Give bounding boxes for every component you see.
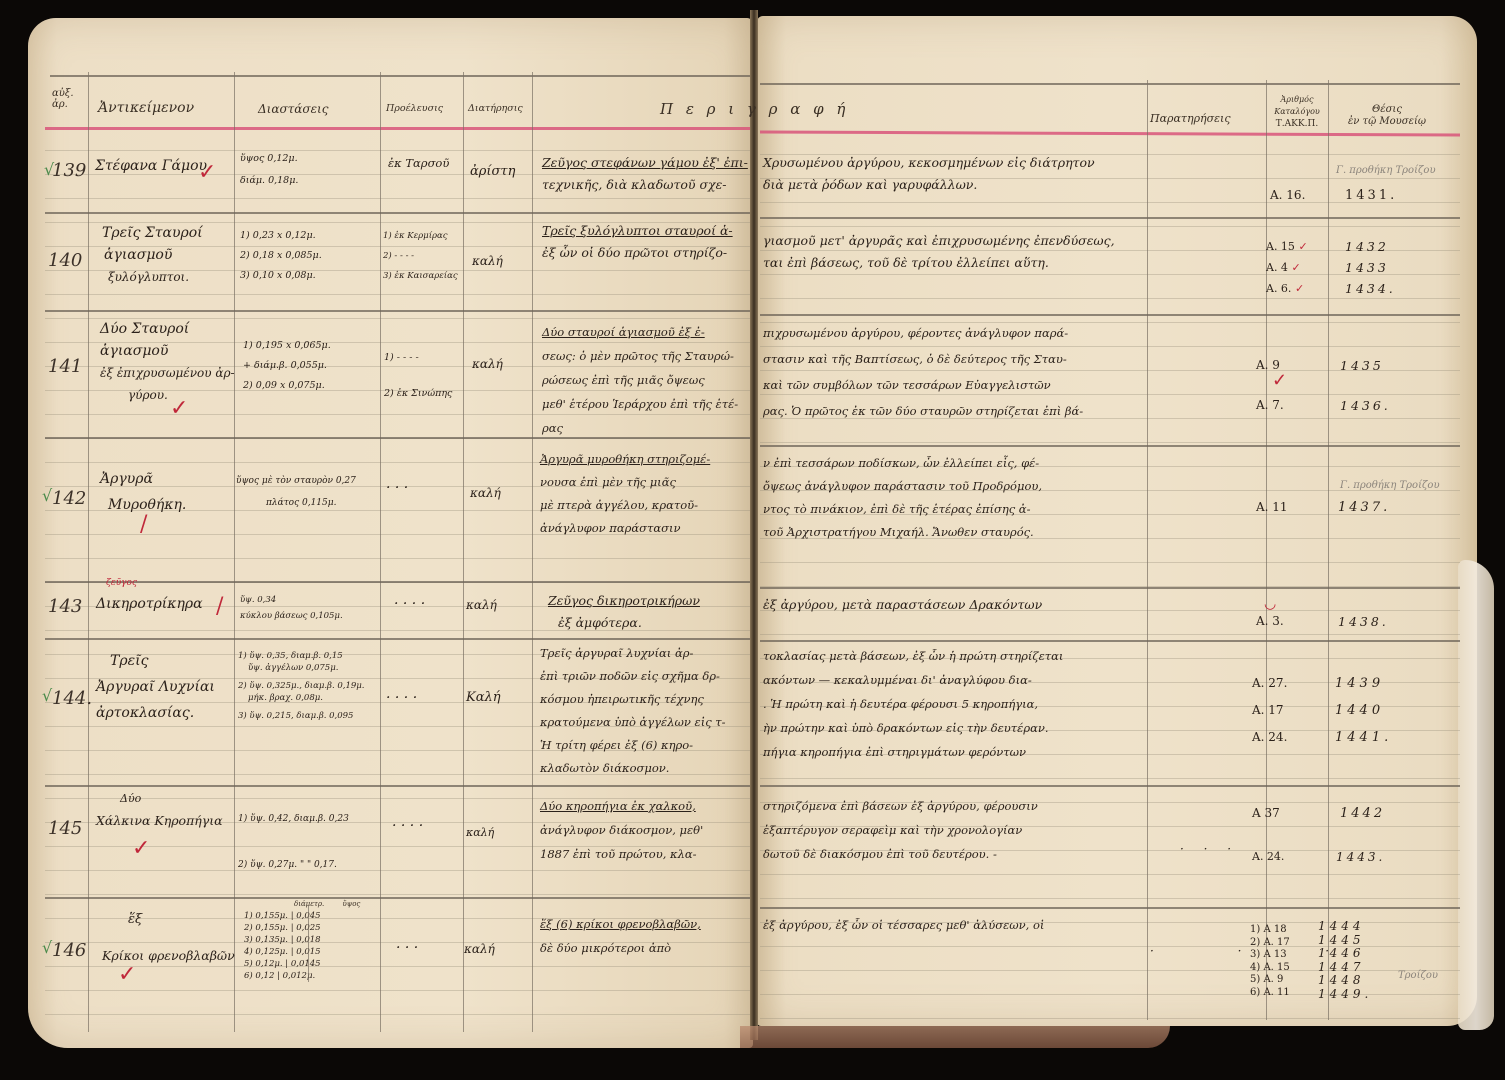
- row-divider: [45, 897, 750, 899]
- description-left: Ζεῦγος δικηροτρικήρων ἐξ ἀμφότερα.: [548, 590, 700, 634]
- provenance: ἐκ Ταρσοῦ: [388, 156, 449, 170]
- catalogue-number: Α. 16.: [1270, 188, 1305, 202]
- row-divider: [760, 785, 1460, 787]
- row-divider: [760, 445, 1460, 447]
- header-remarks: Παρατηρήσεις: [1150, 112, 1231, 125]
- catalogue-number: Α. 24.: [1252, 850, 1284, 863]
- museum-position: 1437.: [1338, 500, 1390, 515]
- row-divider: [760, 217, 1460, 219]
- row-divider: [760, 640, 1460, 642]
- col-divider: [88, 72, 89, 1032]
- pencil-note: Γ. προθήκη Τροίζου: [1336, 165, 1436, 176]
- book-spine: [750, 10, 758, 1040]
- row-divider: [45, 310, 750, 312]
- pencil-note: Γ. προθήκη Τροίζου: [1340, 480, 1440, 491]
- museum-positions: 1444 1445 1446 1447 1448 1449.: [1318, 920, 1372, 1001]
- col-divider: [1266, 80, 1267, 1020]
- description-left: Δύο κηροπήγια ἐκ χαλκοῦ, ἀνάγλυφον διάκο…: [540, 794, 703, 866]
- dimensions: ὕψος 0,12μ. διάμ. 0,18μ.: [240, 152, 298, 188]
- museum-positions: 1439 1440 1441.: [1335, 670, 1392, 751]
- row-divider: [45, 638, 750, 640]
- header-description: Π ε ρ ι γ ρ α φ ή: [660, 100, 849, 118]
- object-name: Στέφανα Γάμου: [95, 158, 207, 174]
- catalogue-number: Α. 11: [1256, 500, 1288, 514]
- col-divider: [234, 72, 235, 1032]
- object-name: Τρεῖς Σταυροί ἁγιασμοῦ ξυλόγλυπτοι.: [102, 222, 203, 288]
- provenance: · · ·: [386, 480, 408, 496]
- object-name: Δύο Σταυροί ἁγιασμοῦ ἐξ ἐπιχρυσωμένου ἀρ…: [100, 318, 235, 406]
- catalogue-numbers: Α. 27. Α. 17 Α. 24.: [1252, 670, 1287, 751]
- pencil-note: Τροίζου: [1398, 970, 1438, 981]
- object-name: Δύο Χάλκινα Κηροπήγια: [96, 788, 223, 832]
- condition: καλή: [472, 357, 503, 371]
- header-museum-position: Θέσις ἐν τῷ Μουσείῳ: [1332, 104, 1442, 128]
- description-right: πιχρυσωμένου ἀργύρου, φέροντες ἀνάγλυφον…: [763, 320, 1083, 424]
- entry-number: 146: [52, 940, 86, 961]
- dimensions: 1) ὕψ. 0,42, διαμ.β. 0,23 2) ὕψ. 0,27μ. …: [238, 796, 349, 888]
- entry-number: 145: [48, 818, 82, 839]
- page-edge-tear: [740, 1026, 1170, 1048]
- col-divider: [1147, 80, 1148, 1020]
- row-divider: [45, 212, 750, 214]
- museum-position: 1442: [1340, 806, 1385, 821]
- header-red-rule: [45, 127, 750, 130]
- condition: καλή: [466, 598, 497, 612]
- description-left: Τρεῖς ἀργυραῖ λυχνίαι ἀρ- ἐπὶ τριῶν ποδῶ…: [540, 642, 726, 780]
- catalogue-number: Α 37: [1252, 806, 1280, 820]
- dimensions: ὕψ. 0,34 κύκλου βάσεως 0,105μ.: [240, 592, 343, 624]
- object-note: ζεῦγος: [106, 578, 137, 588]
- provenance: · · · ·: [386, 690, 417, 706]
- header-provenance: Προέλευσις: [386, 103, 443, 114]
- condition: καλή: [470, 486, 501, 500]
- description-right: ἐξ ἀργύρου, ἐξ ὧν οἱ τέσσαρες μεθ' ἀλύσε…: [763, 914, 1044, 936]
- description-right: Χρυσωμένου ἀργύρου, κεκοσμημένων εἰς διά…: [763, 152, 1095, 196]
- description-right: ἐξ ἀργύρου, μετὰ παραστάσεων Δρακόντων: [763, 594, 1042, 616]
- provenance: · · · ·: [392, 818, 423, 834]
- row-divider: [760, 587, 1460, 589]
- catalogue-number: Α. 7.: [1256, 398, 1284, 412]
- top-rule: [50, 75, 750, 77]
- entry-number: 139: [52, 160, 86, 181]
- museum-position: 1435: [1340, 358, 1384, 373]
- museum-position: 1436.: [1340, 398, 1391, 413]
- description-right: ν ἐπὶ τεσσάρων ποδίσκων, ὧν ἐλλείπει εἷς…: [763, 452, 1042, 544]
- object-name: Τρεῖς Ἀργυραῖ Λυχνίαι ἀρτοκλασίας.: [96, 648, 215, 726]
- dimensions-subheader: διάμετρ. ὕψος: [294, 900, 360, 908]
- museum-position: 1443.: [1336, 850, 1385, 864]
- object-name: Δικηροτρίκηρα: [96, 596, 203, 612]
- header-condition: Διατήρησις: [468, 103, 523, 114]
- entry-number: 143: [48, 596, 82, 617]
- description-left: ἕξ (6) κρίκοι φρενοβλαβῶν, δὲ δύο μικρότ…: [540, 912, 701, 960]
- description-left: Τρεῖς ξυλόγλυπτοι σταυροί ἁ- ἐξ ὧν οἱ δύ…: [542, 220, 733, 264]
- row-divider: [45, 785, 750, 787]
- object-name: Ἀργυρᾶ Μυροθήκη.: [100, 466, 186, 518]
- remarks: · · ·: [1180, 842, 1239, 856]
- header-catalogue-no: Ἀριθμός Καταλόγου Τ.ΑΚΚ.Π.: [1268, 94, 1326, 130]
- description-left: Δύο σταυροί ἁγιασμοῦ ἐξ ἐ- σεως: ὁ μὲν π…: [542, 320, 738, 440]
- header-serial-no: αὐξ. ἀρ.: [52, 88, 82, 110]
- dimensions: ὕψος μὲ τὸν σταυρὸν 0,27 πλάτος 0,115μ.: [236, 470, 356, 514]
- col-divider: [380, 72, 381, 1032]
- entry-number: 144.: [52, 688, 92, 709]
- header-object: Ἀντικείμενον: [98, 100, 194, 116]
- description-left: Ζεῦγος στεφάνων γάμου ἐξ' ἐπι- τεχνικῆς,…: [542, 152, 748, 196]
- entry-number: 140: [48, 250, 82, 271]
- provenance: · · · ·: [394, 596, 425, 612]
- entry-number: 141: [48, 356, 82, 377]
- row-divider: [760, 907, 1460, 909]
- dimensions: 1) 0,155μ. | 0,045 2) 0,155μ. | 0,025 3)…: [244, 910, 321, 982]
- torn-page-edge: [1458, 560, 1494, 1030]
- row-divider: [760, 314, 1460, 316]
- condition: καλή: [472, 254, 503, 268]
- provenance: 1) ἐκ Κερμίρας 2) - - - - 3) ἐκ Καισαρεί…: [383, 226, 458, 286]
- condition: καλή: [466, 826, 494, 839]
- description-right: τοκλασίας μετὰ βάσεων, ἐξ ὧν ἡ πρώτη στη…: [763, 644, 1063, 764]
- entry-number: 142: [52, 488, 86, 509]
- description-right: στηριζόμενα ἐπὶ βάσεων ἐξ ἀργύρου, φέρου…: [763, 794, 1038, 866]
- dimensions: 1) 0,23 x 0,12μ. 2) 0,18 x 0,085μ. 3) 0,…: [240, 226, 322, 286]
- description-right: γιασμοῦ μετ' ἀργυρᾶς καὶ ἐπιχρυσωμένης ἐ…: [763, 230, 1115, 274]
- catalogue-numbers: Α. 15 ✓ Α. 4 ✓ Α. 6. ✓: [1266, 236, 1308, 299]
- col-divider: [532, 72, 533, 1032]
- description-left: Ἀργυρᾶ μυροθήκη στηριζομέ- νουσα ἐπὶ μὲν…: [540, 448, 710, 540]
- dimensions: 1) 0,195 x 0,065μ. + διάμ.β. 0,055μ. 2) …: [243, 336, 331, 396]
- top-rule: [760, 83, 1460, 85]
- catalogue-number: Α. 3.: [1256, 614, 1284, 628]
- dimensions: 1) ὕψ. 0,35, διαμ.β. 0,15 ὕψ. ἀγγέλων 0,…: [238, 650, 365, 722]
- museum-position: 1438.: [1338, 614, 1389, 629]
- provenance: · · ·: [396, 940, 418, 956]
- provenance: 1) - - - - 2) ἐκ Σινώπης: [384, 340, 452, 412]
- museum-position: 1431.: [1345, 188, 1397, 203]
- condition: καλή: [464, 942, 495, 956]
- header-dimensions: Διαστάσεις: [258, 102, 328, 116]
- museum-positions: 1432 1433 1434.: [1345, 236, 1396, 299]
- col-divider: [463, 72, 464, 1032]
- condition: Καλή: [466, 690, 501, 705]
- condition: ἀρίστη: [470, 164, 515, 179]
- row-divider: [45, 581, 750, 583]
- catalogue-numbers: 1) Α 18 2) Α. 17 3) Α 13 4) Α. 15 5) Α. …: [1250, 924, 1290, 999]
- col-divider: [1328, 80, 1329, 1020]
